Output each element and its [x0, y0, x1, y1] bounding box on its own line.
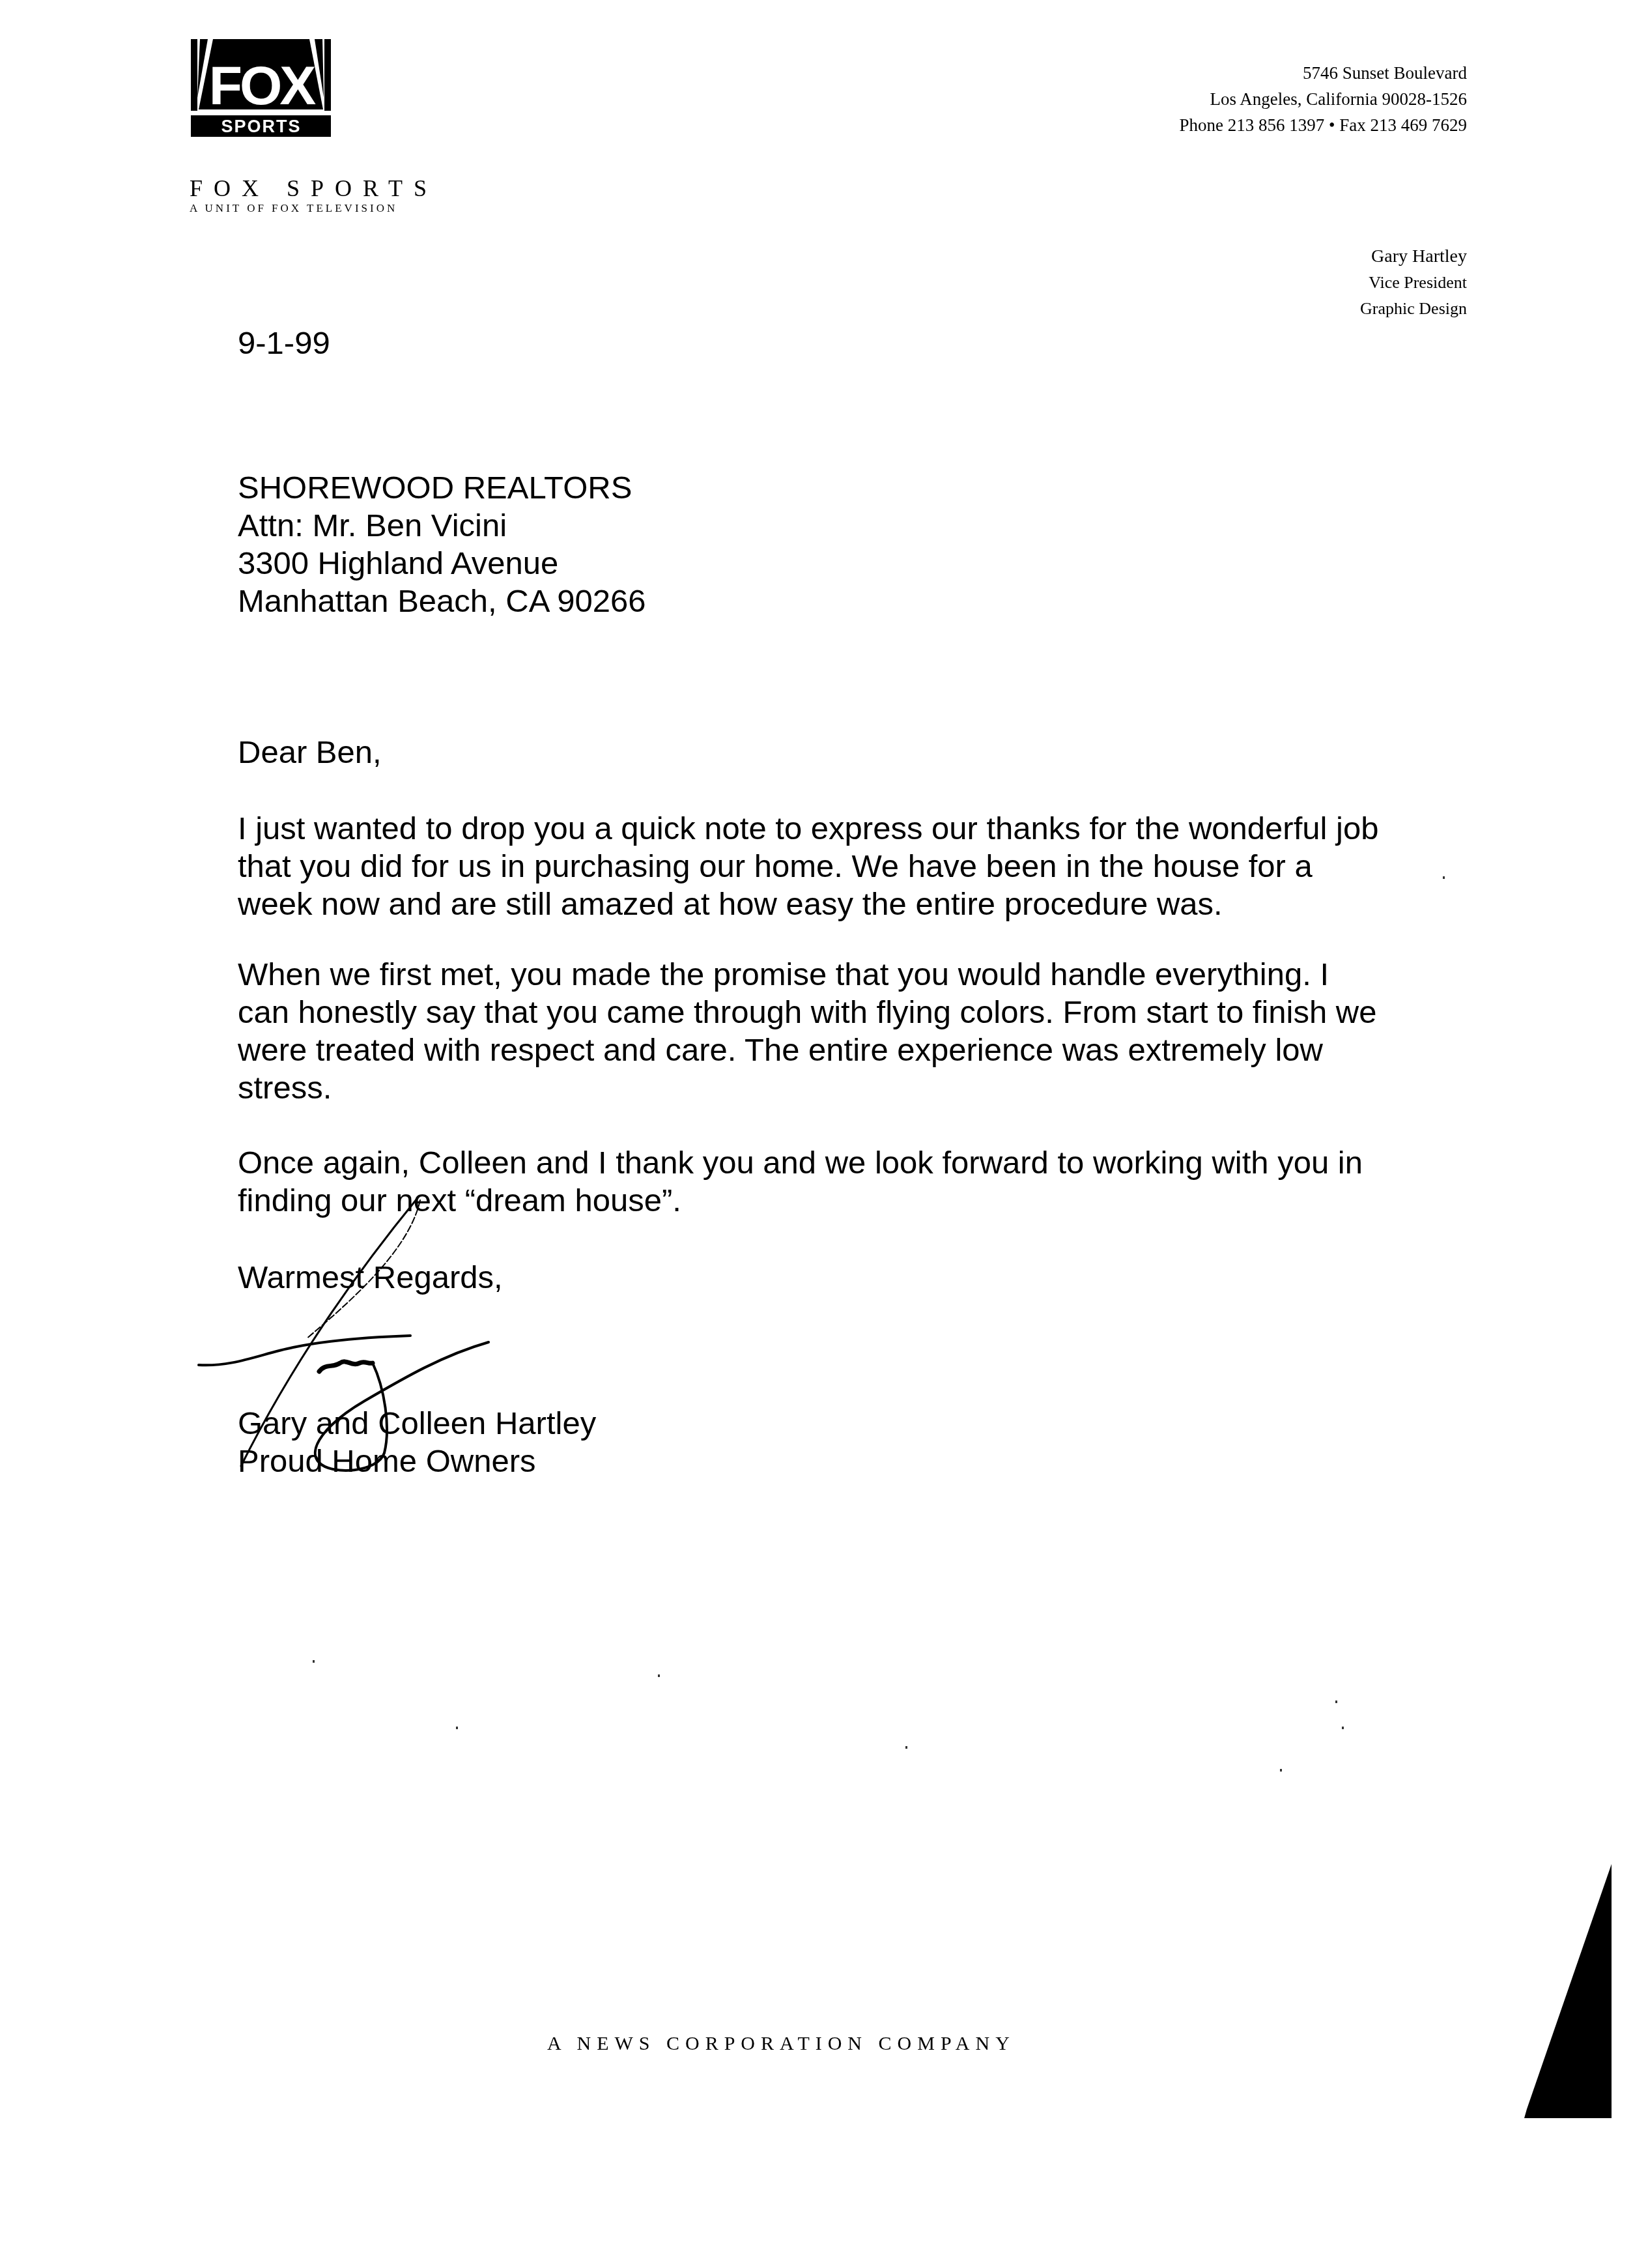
- handwritten-signature-icon: [195, 1192, 495, 1479]
- company-address: 5746 Sunset Boulevard Los Angeles, Calif…: [1180, 60, 1467, 138]
- paragraph-line: I just wanted to drop you a quick note t…: [238, 810, 1462, 848]
- footer-tagline: A NEWS CORPORATION COMPANY: [547, 2033, 1016, 2055]
- recipient-address: SHOREWOOD REALTORS Attn: Mr. Ben Vicini …: [238, 469, 646, 620]
- scan-speck: [1443, 876, 1445, 879]
- recipient-city: Manhattan Beach, CA 90266: [238, 582, 646, 620]
- sender-title: Vice President: [1360, 270, 1467, 296]
- address-street: 5746 Sunset Boulevard: [1180, 60, 1467, 86]
- address-contact: Phone 213 856 1397 • Fax 213 469 7629: [1180, 112, 1467, 138]
- company-name: FOX SPORTS: [190, 175, 438, 202]
- sender-department: Graphic Design: [1360, 296, 1467, 322]
- recipient-street: 3300 Highland Avenue: [238, 545, 646, 582]
- scan-speck: [1335, 1701, 1337, 1703]
- paragraph-line: stress.: [238, 1069, 1462, 1107]
- letter-date: 9-1-99: [238, 324, 330, 362]
- paragraph-line: week now and are still amazed at how eas…: [238, 885, 1462, 923]
- paragraph-line: Once again, Colleen and I thank you and …: [238, 1144, 1462, 1182]
- address-city: Los Angeles, California 90028-1526: [1180, 86, 1467, 112]
- scan-speck: [313, 1660, 315, 1663]
- paragraph-line: can honestly say that you came through w…: [238, 994, 1462, 1031]
- svg-text:SPORTS: SPORTS: [221, 117, 301, 136]
- salutation: Dear Ben,: [238, 734, 382, 771]
- scan-speck: [456, 1727, 458, 1729]
- recipient-attention: Attn: Mr. Ben Vicini: [238, 507, 646, 545]
- paragraph: I just wanted to drop you a quick note t…: [238, 810, 1462, 923]
- paragraph: When we first met, you made the promise …: [238, 956, 1462, 1107]
- fox-sports-logo-icon: FOX SPORTS: [190, 39, 332, 139]
- black-wedge-icon: [1524, 1864, 1612, 2118]
- paragraph-line: When we first met, you made the promise …: [238, 956, 1462, 994]
- scan-speck: [1280, 1769, 1282, 1772]
- paragraph-line: were treated with respect and care. The …: [238, 1031, 1462, 1069]
- scan-speck: [905, 1746, 907, 1749]
- company-subtitle: A UNIT OF FOX TELEVISION: [190, 202, 397, 215]
- recipient-company: SHOREWOOD REALTORS: [238, 469, 646, 507]
- sender-name: Gary Hartley: [1360, 244, 1467, 270]
- scan-speck: [658, 1674, 660, 1677]
- svg-text:FOX: FOX: [209, 55, 317, 116]
- sender-block: Gary Hartley Vice President Graphic Desi…: [1360, 244, 1467, 322]
- scan-speck: [1342, 1727, 1344, 1729]
- paragraph-line: that you did for us in purchasing our ho…: [238, 848, 1462, 885]
